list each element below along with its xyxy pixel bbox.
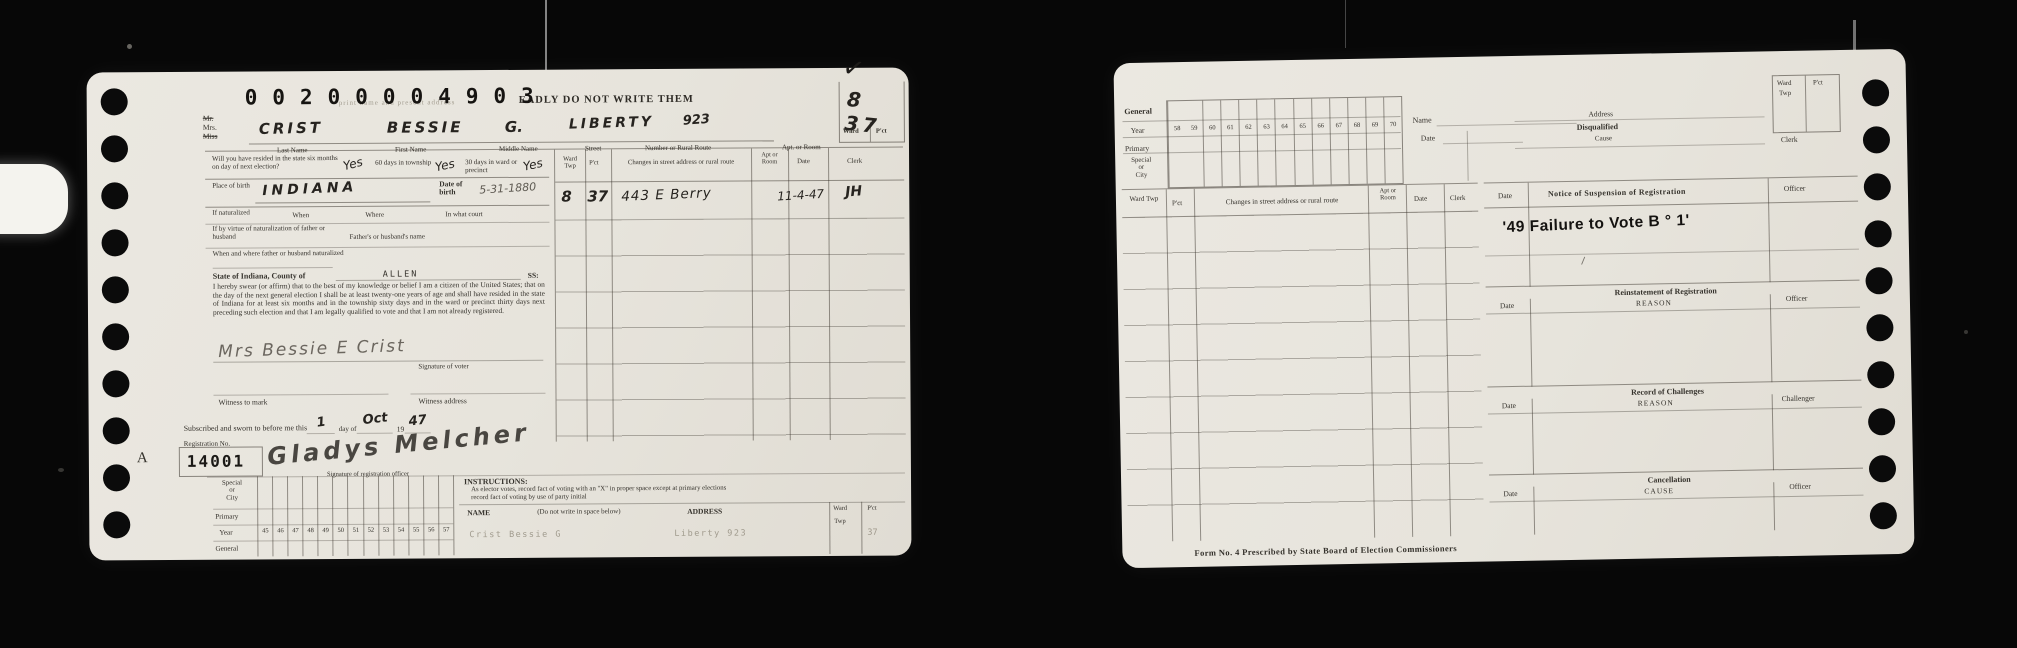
date-line — [1443, 142, 1523, 144]
witness-addr-line — [410, 393, 545, 395]
year-cell: 67 — [1329, 98, 1349, 184]
divider — [1467, 131, 1469, 181]
date-of-birth-value: 5-31-1880 — [479, 180, 537, 196]
label-witness-address: Witness address — [419, 396, 467, 405]
year-cell: 52 — [363, 476, 379, 556]
row-line — [1484, 201, 1858, 209]
label-when: When — [292, 211, 309, 219]
challenges-section: Record of Challenges Date REASON Challen… — [1487, 380, 1863, 476]
label-disqualified: Disqualified — [1577, 122, 1619, 132]
ward-pct-divider — [1805, 76, 1807, 132]
changes-table: Ward Twp P'ct Changes in street address … — [1122, 183, 1484, 542]
row-label-primary: Primary — [215, 513, 238, 521]
failure-to-vote-stamp: '49 Failure to Vote B ° 1' — [1502, 212, 1690, 237]
vote-year-grid: 45 46 47 48 49 50 51 52 53 54 55 56 57 — [257, 475, 454, 556]
instructions-title: INSTRUCTIONS: — [464, 477, 528, 486]
ward-pct-value: 8 37 — [844, 87, 906, 140]
salutation-mrs: Mrs. — [203, 123, 218, 132]
row-line — [1490, 495, 1864, 503]
punch-hole — [1870, 502, 1897, 529]
challenges-title: Record of Challenges — [1577, 386, 1757, 398]
voter-signature: Mrs Bessie E Crist — [218, 336, 406, 362]
row-label-special-or-city: Special or City — [215, 480, 249, 502]
record-header-twp: Twp — [834, 518, 846, 525]
record-col-line — [829, 502, 830, 554]
header-pct: P'ct — [1172, 199, 1182, 207]
question-residence-state: Will you have resided in the state six m… — [212, 154, 340, 171]
year-cell: 55 — [408, 475, 424, 555]
label-pct: P'ct — [1813, 79, 1823, 86]
salutation-miss: Miss — [203, 132, 218, 141]
change-pct-value: 37 — [587, 187, 608, 205]
oath-text: I hereby swear (or affirm) that to the b… — [213, 281, 545, 318]
punch-hole — [1862, 79, 1889, 106]
first-name-value: BESSIE — [387, 118, 464, 136]
punch-hole — [1864, 173, 1891, 200]
label-address: Address — [1588, 109, 1613, 118]
address-line — [1515, 116, 1765, 122]
punch-hole — [102, 276, 129, 303]
film-speck — [58, 468, 64, 472]
punch-hole — [103, 464, 130, 491]
changes-table: Ward Twp P'ct Changes in street address … — [554, 148, 906, 442]
header-officer: Officer — [1786, 294, 1808, 303]
film-speck — [127, 44, 132, 49]
answer-residence-state: Yes — [342, 155, 365, 173]
record-col-line — [861, 502, 862, 554]
sworn-month-value: Oct — [362, 410, 388, 428]
year-cell: 59 — [1185, 101, 1204, 187]
label-if-naturalized: If naturalized — [212, 208, 256, 216]
label-virtue-naturalization: If by virtue of naturalization of father… — [212, 225, 332, 241]
place-of-birth-value: INDIANA — [262, 179, 358, 199]
middle-name-value: G. — [505, 118, 523, 136]
label-father-naturalized: When and where father or husband natural… — [213, 250, 353, 258]
film-scratch — [1345, 0, 1346, 48]
year-cell: 70 — [1383, 97, 1403, 183]
empty-ruled-rows — [555, 219, 905, 441]
col-line — [1768, 178, 1771, 282]
row-label-year: Year — [1131, 126, 1145, 135]
change-clerk-value: JH — [845, 183, 863, 200]
year-cell: 60 — [1202, 100, 1222, 186]
header-changes: Changes in street address or rural route — [615, 158, 747, 166]
punch-hole — [101, 182, 128, 209]
suspension-section: Date Notice of Suspension of Registratio… — [1484, 176, 1860, 288]
header-apt-or-room: Apt or Room — [753, 152, 786, 166]
label-name: Name — [1412, 115, 1431, 124]
punch-hole — [101, 88, 128, 115]
year-cell: 61 — [1220, 100, 1240, 186]
reinstatement-section: Reinstatement of Registration Date REASO… — [1486, 280, 1862, 388]
label-signature-of-voter: Signature of voter — [418, 362, 469, 370]
col-line — [1773, 482, 1775, 530]
row-label-general: General — [1124, 107, 1152, 117]
faint-address-stamp: Liberty 923 — [674, 528, 747, 538]
question-60-days-township: 60 days in township — [375, 158, 437, 166]
header-date: Date — [797, 158, 810, 165]
row-label-city: City — [1125, 171, 1157, 179]
punch-hole — [1864, 220, 1891, 247]
year-cell: 63 — [1257, 99, 1277, 185]
answer-30-days: Yes — [522, 156, 544, 174]
header-clerk: Clerk — [847, 158, 862, 165]
punch-hole — [103, 511, 130, 538]
header-underline — [555, 180, 904, 183]
header-changes: Changes in street address or rural route — [1198, 196, 1366, 207]
last-name-value: CRIST — [259, 119, 324, 139]
change-address-value: 443 E Berry — [621, 185, 712, 205]
ward-pct-box: Ward Twp P'ct — [1772, 74, 1841, 133]
film-scratch — [545, 0, 547, 70]
voter-registration-card-front: print name and present address EADLY DO … — [87, 67, 912, 560]
year-cell: 58 — [1167, 101, 1187, 187]
header-date: Date — [1502, 401, 1516, 410]
registration-number-value: 14001 — [187, 452, 245, 471]
col-line — [1772, 394, 1774, 470]
header-date: Date — [1498, 191, 1512, 200]
year-cell: 69 — [1365, 97, 1385, 183]
label-date: Date — [1421, 133, 1435, 142]
record-header-name: NAME — [467, 508, 490, 517]
label-witness-to-mark: Witness to mark — [219, 397, 268, 406]
col-line — [1533, 487, 1535, 535]
record-header-note: (Do not write in space below) — [537, 507, 620, 516]
change-date-value: 11-4-47 — [777, 187, 825, 204]
punch-hole — [1866, 314, 1893, 341]
row-label-primary: Primary — [1125, 144, 1149, 153]
suspension-title: Notice of Suspension of Registration — [1548, 187, 1686, 199]
header-ward-twp: Ward Twp — [1126, 195, 1162, 203]
header-date: Date — [1414, 195, 1427, 203]
vote-year-grid: 58 59 60 61 62 63 64 65 66 67 68 69 70 — [1166, 96, 1404, 188]
cancellation-title: Cancellation — [1589, 474, 1749, 486]
header-date: Date — [1503, 489, 1517, 498]
serial-number-stamp: 00200004903 — [245, 84, 549, 110]
row-line — [1488, 407, 1862, 415]
film-light-artifact — [0, 164, 68, 234]
oath-ss: SS: — [528, 271, 539, 280]
row-label-general: General — [215, 545, 238, 553]
street-number-value: 923 — [682, 112, 710, 129]
record-header-ward: Ward — [833, 505, 847, 512]
record-header-address: ADDRESS — [687, 507, 722, 516]
label-date-of-birth: Date of birth — [439, 180, 475, 196]
faint-pct-stamp: 37 — [867, 528, 877, 538]
film-speck — [1964, 330, 1968, 334]
punch-hole — [1868, 408, 1895, 435]
salutation-mr: Mr. — [203, 114, 218, 123]
oath-county-value: ALLEN — [383, 269, 419, 279]
header-clerk: Clerk — [1450, 194, 1466, 202]
row-line — [1486, 307, 1860, 315]
year-cell: 47 — [287, 476, 303, 556]
street-value: LIBERTY — [569, 114, 655, 133]
change-ward-value: 8 — [561, 188, 572, 206]
microfilm-background: print name and present address EADLY DO … — [0, 0, 2017, 648]
header-ward-twp: Ward Twp — [557, 155, 583, 169]
punch-hole — [101, 135, 128, 162]
ward-pct-box: Ward P'ct 8 37 — [839, 82, 905, 143]
year-cell: 57 — [438, 475, 454, 555]
registration-letter: A — [137, 450, 148, 467]
label-clerk: Clerk — [1781, 135, 1798, 144]
year-cell: 50 — [332, 476, 348, 556]
header-cause: CAUSE — [1644, 486, 1674, 496]
year-cell: 48 — [302, 476, 318, 556]
stray-pen-mark: \ — [1579, 256, 1587, 267]
empty-ruled-rows — [1122, 212, 1484, 540]
label-ward: Ward — [1777, 80, 1792, 87]
instructions-line2: record fact of voting by use of party in… — [471, 492, 771, 501]
header-apt-or-room: Apt or Room — [1372, 188, 1404, 202]
col-line — [1532, 399, 1534, 475]
checkmark: ✓ — [840, 52, 867, 86]
row-line — [213, 267, 333, 269]
label-where: Where — [365, 211, 384, 219]
label-fathers-husbands-name: Father's or husband's name — [350, 232, 425, 240]
cause-line — [1515, 143, 1765, 149]
label-cause: Cause — [1595, 134, 1612, 142]
year-cell: 45 — [257, 476, 273, 556]
name-line — [1437, 123, 1577, 127]
punch-hole — [101, 229, 128, 256]
punch-hole — [103, 417, 130, 444]
year-cell: 53 — [378, 476, 394, 556]
question-30-days-ward: 30 days in ward or precinct — [465, 158, 525, 174]
voter-registration-card-back: General Year Primary Special or City 58 … — [1113, 49, 1914, 568]
year-cell: 62 — [1238, 100, 1258, 186]
row-label-year: Year — [219, 529, 232, 537]
year-cell: 65 — [1293, 99, 1313, 185]
sworn-prefix: Subscribed and sworn to before me this — [184, 423, 307, 433]
header-pct: P'ct — [589, 159, 599, 166]
header-reason: REASON — [1638, 398, 1674, 408]
punch-hole — [102, 370, 129, 397]
day-underline — [307, 433, 335, 434]
record-header-pct: P'ct — [867, 505, 877, 512]
form-footer: Form No. 4 Prescribed by State Board of … — [1194, 543, 1457, 558]
year-cell: 64 — [1275, 99, 1295, 185]
year-cell: 49 — [317, 476, 333, 556]
row-line — [205, 177, 549, 180]
year-cell: 68 — [1347, 98, 1367, 184]
row-label-special-or-city: Special or City — [1125, 157, 1157, 180]
reinstatement-title: Reinstatement of Registration — [1566, 285, 1766, 298]
year-cell: 56 — [423, 475, 439, 555]
label-in-what-court: In what court — [445, 210, 482, 218]
faint-name-stamp: Crist Bessie G — [469, 530, 562, 541]
registration-number-box: 14001 — [179, 446, 263, 477]
witness-line — [213, 394, 388, 396]
header-officer: Officer — [1784, 184, 1806, 193]
header-challenger: Challenger — [1782, 394, 1815, 404]
punch-hole — [1863, 126, 1890, 153]
row-line — [205, 205, 549, 208]
punch-hole — [1869, 455, 1896, 482]
cancellation-section: Cancellation Date CAUSE Officer — [1489, 468, 1864, 536]
year-cell: 54 — [393, 476, 409, 556]
year-cell: 66 — [1311, 98, 1331, 184]
year-cell: 46 — [272, 476, 288, 556]
sworn-year-value: 47 — [408, 413, 428, 430]
sworn-day-value: 1 — [316, 415, 327, 431]
row-line — [1485, 249, 1859, 257]
place-of-birth-line — [255, 201, 430, 203]
year-cell: 51 — [347, 476, 363, 556]
punch-hole — [1867, 361, 1894, 388]
header-reason: REASON — [1636, 298, 1672, 308]
punch-hole — [102, 323, 129, 350]
salutation-options: Mr. Mrs. Miss — [203, 114, 218, 141]
row-line — [206, 246, 550, 249]
oath-heading: State of Indiana, County of — [213, 271, 306, 281]
label-twp: Twp — [1779, 90, 1791, 97]
header-officer: Officer — [1789, 482, 1811, 491]
answer-60-days: Yes — [434, 156, 456, 174]
row-label-city: City — [215, 494, 249, 502]
sworn-day-of: day of — [339, 425, 357, 433]
header-date: Date — [1500, 301, 1514, 310]
punch-hole — [1865, 267, 1892, 294]
label-place-of-birth: Place of birth — [212, 182, 252, 190]
